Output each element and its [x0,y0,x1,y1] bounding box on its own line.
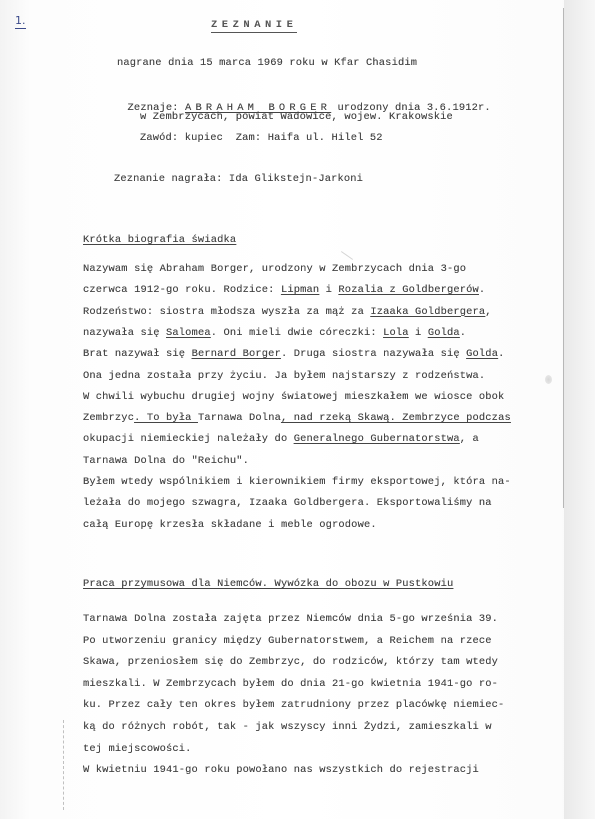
text-line: Rodzeństwo: siostra młodsza wyszła za mą… [83,306,492,318]
text-segment: , a [460,433,479,445]
document-title: ZEZNANIE [211,19,297,33]
underlined-name: Bernard Borger [192,348,281,360]
text-segment: ką do różnych robót, tak - jak wszyscy i… [83,721,492,733]
text-line: całą Europę krzesła składane i meble ogr… [83,519,377,531]
text-line: W chwili wybuchu drugiej wojny światowej… [83,391,504,403]
text-segment: . Oni mieli dwie córeczki: [211,327,383,339]
document-page: 1. ZEZNANIE nagrane dnia 15 marca 1969 r… [0,0,595,819]
text-segment: i [409,327,428,339]
text-line: nazywała się Salomea. Oni mieli dwie cór… [83,327,466,339]
text-segment: czerwca 1912-go roku. Rodzice: [83,284,281,296]
text-line: Brat nazywał się Bernard Borger. Druga s… [83,348,504,360]
text-segment: nazywała się [83,327,166,339]
paper-stain [545,375,552,384]
text-segment: . [460,327,466,339]
text-segment: , [485,306,491,318]
underlined-name: . To była [134,412,198,424]
text-segment: tej miejscowości. [83,743,192,755]
section-heading-forced-labor: Praca przymusowa dla Niemców. Wywózka do… [83,578,453,590]
page-number: 1. [15,15,26,29]
text-segment: Byłem wtedy wspólnikiem i kierownikiem f… [83,476,511,488]
text-segment: Nazywam się Abraham Borger, urodzony w Z… [83,263,466,275]
recorded-line: nagrane dnia 15 marca 1969 roku w Kfar C… [117,57,417,69]
underlined-name: Lola [383,327,409,339]
page-edge-line [563,8,564,508]
text-segment: . [498,348,504,360]
text-segment: Ona jedna została przy życiu. Ja byłem n… [83,370,485,382]
text-line: tej miejscowości. [83,743,192,755]
margin-scribble [63,720,78,810]
text-segment: ku. Przez cały ten okres byłem zatrudnio… [83,699,504,711]
text-segment: Tarnawa Dolna została zajęta przez Niemc… [83,613,498,625]
page-edge-shadow [564,0,595,819]
text-line: Tarnawa Dolna została zajęta przez Niemc… [83,613,498,625]
underlined-name: Rozalia z Goldbergerów [338,284,478,296]
text-line: Nazywam się Abraham Borger, urodzony w Z… [83,263,466,275]
underlined-name: Generalnego Gubernatorstwa [294,433,460,445]
text-segment: W kwietniu 1941-go roku powołano nas wsz… [83,764,479,776]
underlined-name: Izaaka Goldbergera [370,306,485,318]
underlined-name: Golda [428,327,460,339]
text-line: Ona jedna została przy życiu. Ja byłem n… [83,370,485,382]
text-line: W kwietniu 1941-go roku powołano nas wsz… [83,764,479,776]
text-segment: leżała do mojego szwagra, Izaaka Goldber… [83,497,492,509]
text-segment: Zembrzyc [83,412,134,424]
underlined-name: Golda [466,348,498,360]
text-segment: Rodzeństwo: siostra młodsza wyszła za mą… [83,306,370,318]
text-line: Tarnawa Dolna do "Reichu". [83,455,249,467]
occupation-line: Zawód: kupiec Zam: Haifa ul. Hilel 52 [140,132,383,144]
text-segment: całą Europę krzesła składane i meble ogr… [83,519,377,531]
text-segment: mieszkali. W Zembrzycach byłem do dnia 2… [83,678,498,690]
underlined-name: , nad rzeką Skawą. Zembrzyce podczas [281,412,511,424]
text-line: okupacji niemieckiej należały do General… [83,433,479,445]
underlined-name: Lipman [281,284,319,296]
text-line: Byłem wtedy wspólnikiem i kierownikiem f… [83,476,511,488]
text-line: czerwca 1912-go roku. Rodzice: Lipman i … [83,284,485,296]
text-line: ku. Przez cały ten okres byłem zatrudnio… [83,699,504,711]
text-line: leżała do mojego szwagra, Izaaka Goldber… [83,497,492,509]
text-segment: Po utworzeniu granicy między Gubernators… [83,635,492,647]
text-segment: i [319,284,338,296]
text-line: Po utworzeniu granicy między Gubernators… [83,635,492,647]
text-segment: . Druga siostra nazywała się [281,348,466,360]
text-line: mieszkali. W Zembrzycach byłem do dnia 2… [83,678,498,690]
recorder-line: Zeznanie nagrała: Ida Glikstejn-Jarkoni [114,173,363,185]
underlined-name: Salomea [166,327,211,339]
text-line: Skawa, przeniosłem się do Zembrzyc, do r… [83,656,498,668]
birthplace-line: w Zembrzycach, powiat Wadowice, wojew. K… [140,111,453,123]
section-heading-biography: Krótka biografia świadka [83,234,236,246]
text-segment: Tarnawa Dolna do "Reichu". [83,455,249,467]
text-segment: Brat nazywał się [83,348,192,360]
text-line: Zembrzyc. To była Tarnawa Dolna, nad rze… [83,412,511,424]
text-segment: okupacji niemieckiej należały do [83,433,294,445]
text-segment: W chwili wybuchu drugiej wojny światowej… [83,391,504,403]
text-line: ką do różnych robót, tak - jak wszyscy i… [83,721,492,733]
text-segment: Tarnawa Dolna [198,412,281,424]
text-segment: Skawa, przeniosłem się do Zembrzyc, do r… [83,656,498,668]
text-segment: . [479,284,485,296]
pencil-mark [341,251,353,260]
